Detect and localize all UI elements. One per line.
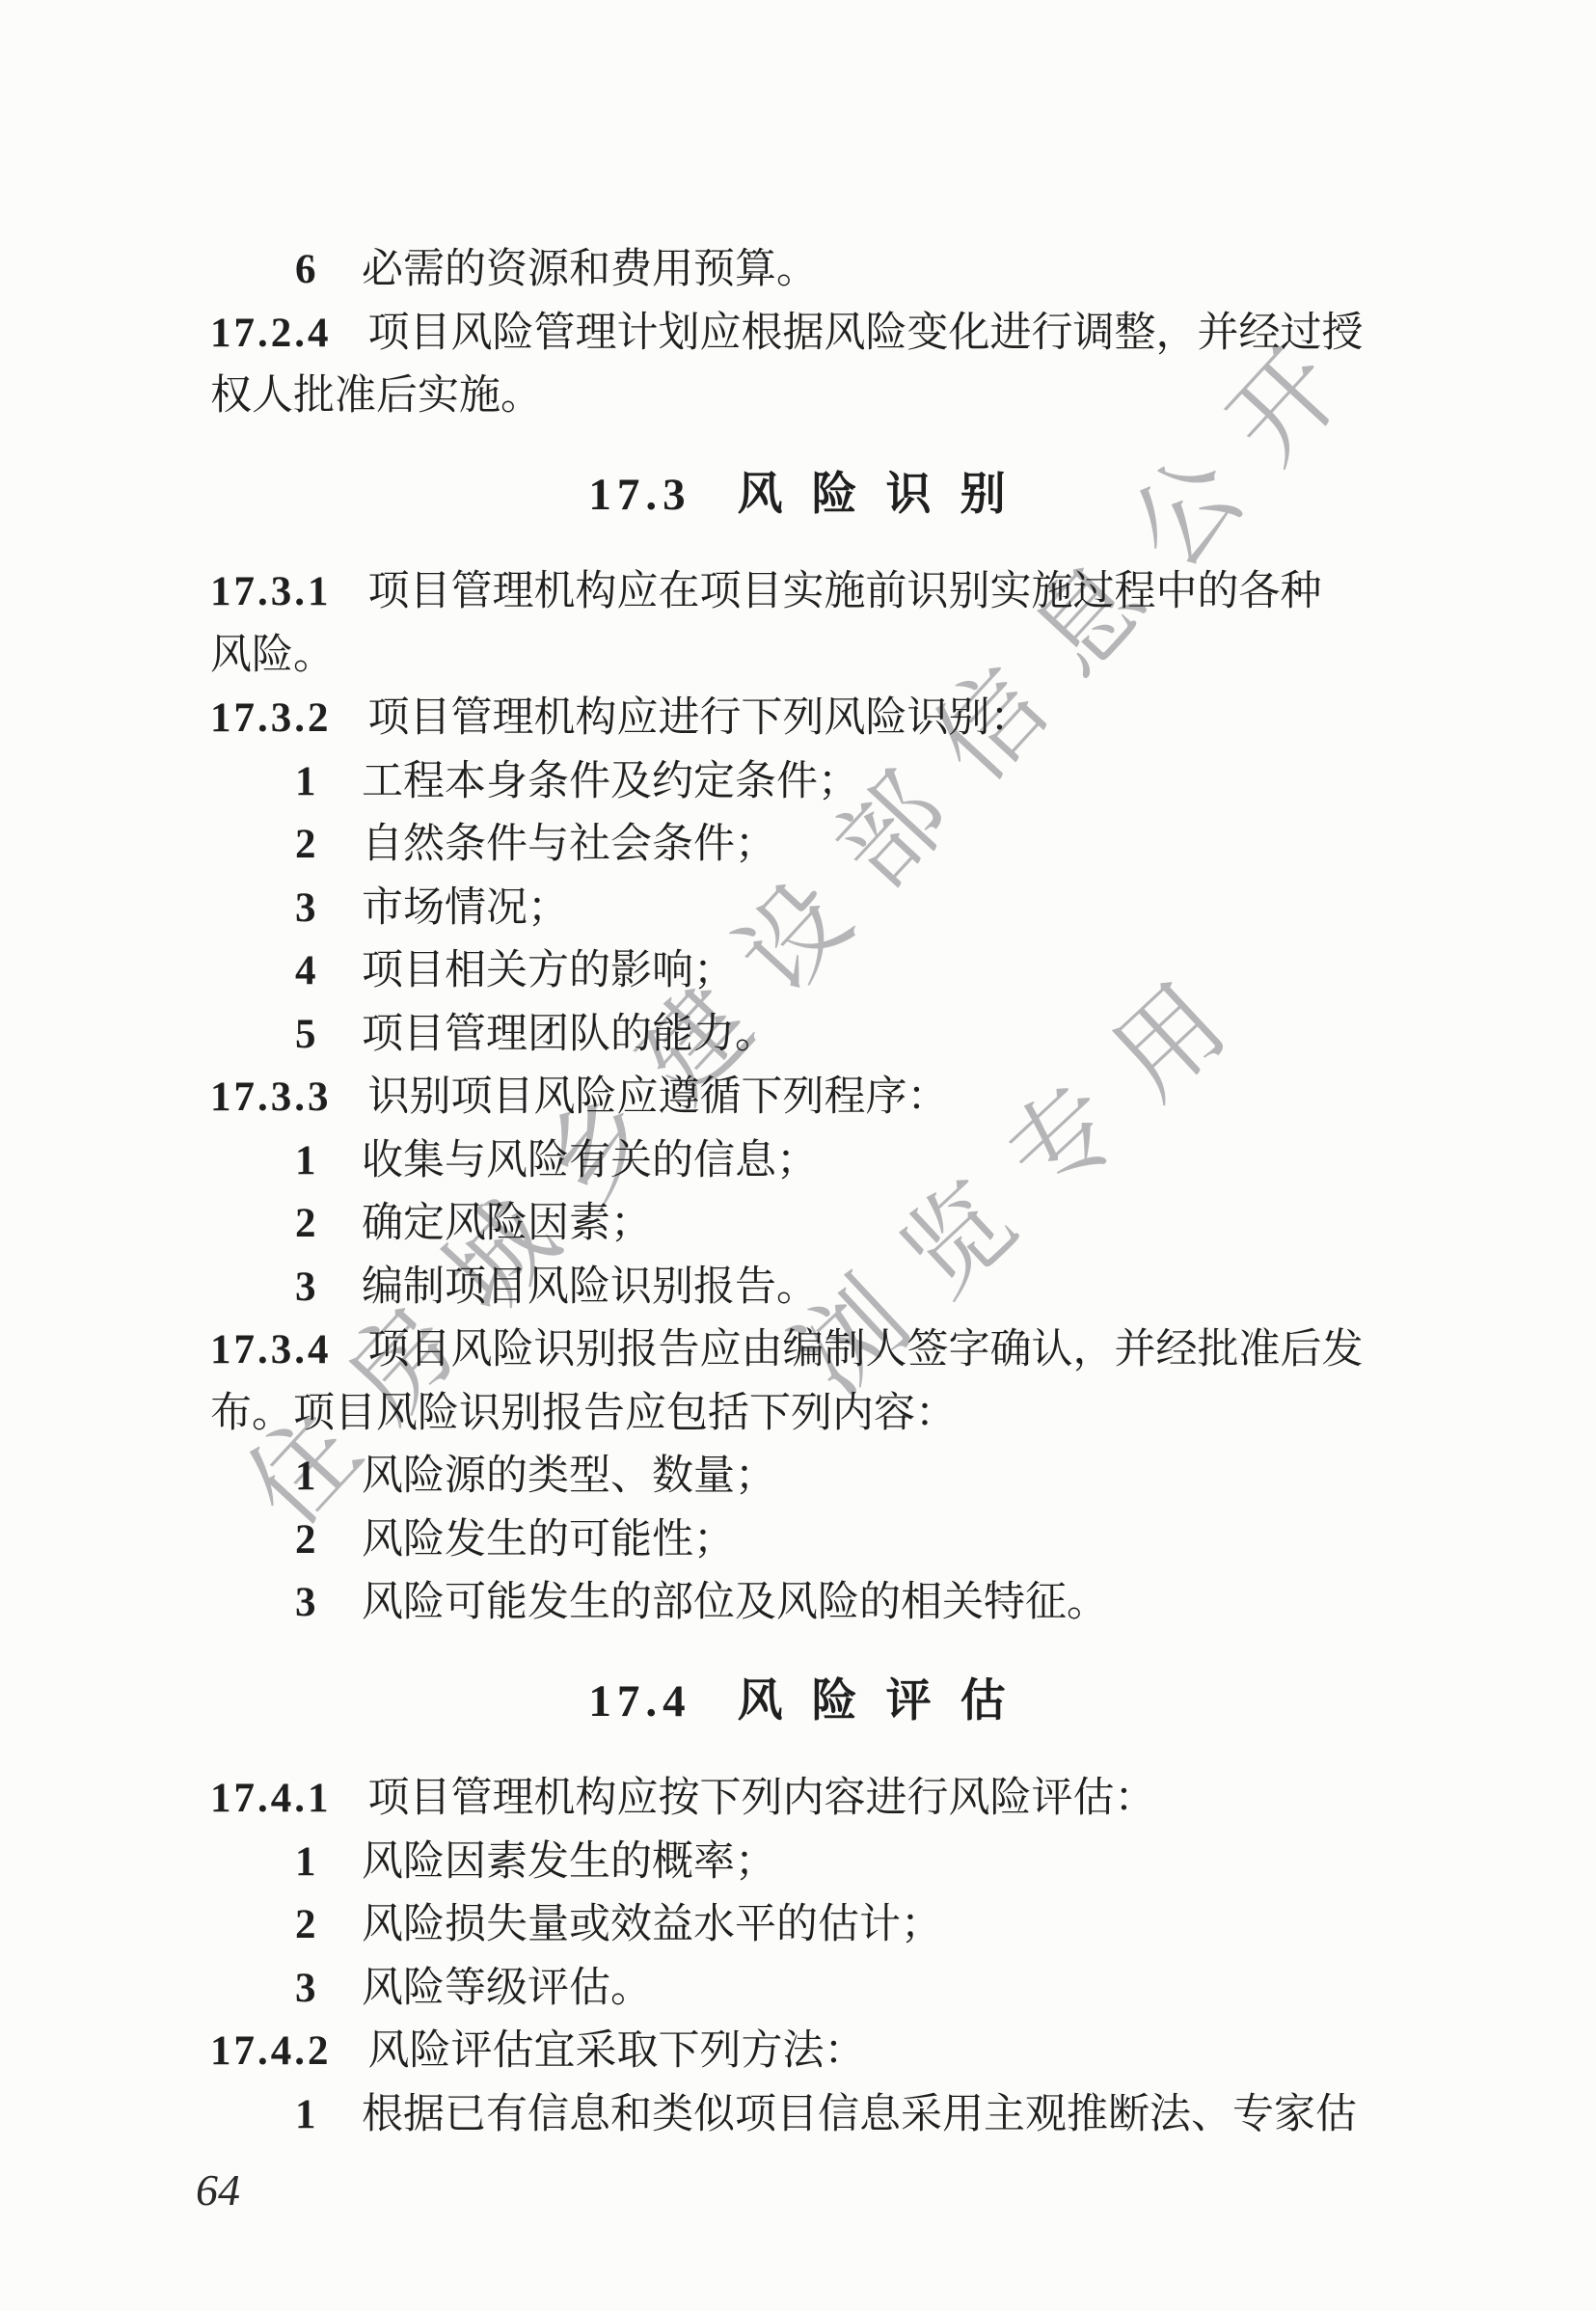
- clause-17-2-4: 17.2.4项目风险管理计划应根据风险变化进行调整，并经过授: [210, 302, 1384, 366]
- page-number: 64: [196, 2159, 240, 2222]
- section-heading-17-3: 17.3风险识别: [210, 464, 1384, 528]
- item-text: 风险因素发生的概率；: [362, 1839, 776, 1885]
- item-number: 1: [295, 2083, 316, 2147]
- clause-text: 项目风险识别报告应由编制人签字确认，并经批准后发: [368, 1327, 1364, 1373]
- item-number: 1: [295, 1445, 316, 1509]
- item-number: 2: [295, 1893, 316, 1957]
- list-item: 3风险等级评估。: [210, 1957, 1384, 2021]
- item-text: 风险源的类型、数量；: [362, 1454, 776, 1499]
- item-text: 项目相关方的影响；: [362, 948, 735, 993]
- item-text: 必需的资源和费用预算。: [362, 247, 818, 292]
- list-item: 1风险源的类型、数量；: [210, 1445, 1384, 1509]
- item-number: 5: [295, 1003, 316, 1067]
- item-number: 3: [295, 1957, 316, 2021]
- item-text: 风险可能发生的部位及风险的相关特征。: [362, 1580, 1108, 1625]
- list-item: 2风险发生的可能性；: [210, 1509, 1384, 1572]
- item-text: 自然条件与社会条件；: [362, 822, 776, 867]
- heading-title: 风险识别: [738, 470, 1035, 520]
- item-number: 2: [295, 813, 316, 877]
- item-number: 1: [295, 750, 316, 814]
- heading-number: 17.4: [588, 1676, 690, 1726]
- clause-number: 17.3.3: [210, 1074, 332, 1120]
- clause-text: 权人批准后实施。: [210, 373, 542, 419]
- heading-number: 17.3: [588, 470, 690, 520]
- item-text: 确定风险因素；: [362, 1201, 652, 1246]
- list-item: 1工程本身条件及约定条件；: [210, 750, 1384, 814]
- list-item: 2自然条件与社会条件；: [210, 813, 1384, 877]
- text-block: 6必需的资源和费用预算。 17.2.4项目风险管理计划应根据风险变化进行调整，并…: [210, 238, 1384, 2146]
- heading-title: 风险评估: [738, 1676, 1035, 1726]
- item-text: 风险等级评估。: [362, 1966, 652, 2011]
- clause-number: 17.2.4: [210, 311, 332, 356]
- list-item: 6必需的资源和费用预算。: [210, 238, 1384, 302]
- clause-text: 布。项目风险识别报告应包括下列内容：: [210, 1391, 957, 1436]
- list-item: 3风险可能发生的部位及风险的相关特征。: [210, 1571, 1384, 1635]
- clause-17-3-3: 17.3.3识别项目风险应遵循下列程序：: [210, 1066, 1384, 1129]
- clause-17-3-2: 17.3.2项目管理机构应进行下列风险识别：: [210, 687, 1384, 750]
- list-item: 4项目相关方的影响；: [210, 939, 1384, 1003]
- item-text: 编制项目风险识别报告。: [362, 1264, 818, 1310]
- item-text: 根据已有信息和类似项目信息采用主观推断法、专家估: [362, 2092, 1357, 2137]
- clause-text: 识别项目风险应遵循下列程序：: [368, 1074, 949, 1120]
- item-number: 4: [295, 939, 316, 1003]
- item-text: 市场情况；: [362, 885, 569, 931]
- list-item: 2风险损失量或效益水平的估计；: [210, 1893, 1384, 1957]
- clause-number: 17.3.4: [210, 1327, 332, 1373]
- clause-number: 17.3.1: [210, 569, 332, 614]
- clause-text: 项目风险管理计划应根据风险变化进行调整，并经过授: [368, 311, 1364, 356]
- item-number: 3: [295, 1256, 316, 1319]
- item-text: 风险发生的可能性；: [362, 1517, 735, 1563]
- clause-number: 17.4.1: [210, 1776, 332, 1821]
- clause-text: 项目管理机构应按下列内容进行风险评估：: [368, 1776, 1156, 1821]
- clause-text: 风险。: [210, 633, 335, 678]
- clause-text: 项目管理机构应进行下列风险识别：: [368, 695, 1032, 741]
- item-number: 2: [295, 1192, 316, 1256]
- item-number: 2: [295, 1509, 316, 1572]
- list-item: 2确定风险因素；: [210, 1192, 1384, 1256]
- clause-text: 项目管理机构应在项目实施前识别实施过程中的各种: [368, 569, 1322, 614]
- clause-17-3-1: 17.3.1项目管理机构应在项目实施前识别实施过程中的各种: [210, 560, 1384, 624]
- list-item: 1根据已有信息和类似项目信息采用主观推断法、专家估: [210, 2083, 1384, 2147]
- clause-continuation: 布。项目风险识别报告应包括下列内容：: [210, 1382, 1384, 1446]
- clause-17-4-2: 17.4.2风险评估宜采取下列方法：: [210, 2020, 1384, 2083]
- list-item: 1风险因素发生的概率；: [210, 1831, 1384, 1894]
- item-number: 6: [295, 238, 316, 302]
- document-page: 住房城乡建设部信息公开 浏览专用 6必需的资源和费用预算。 17.2.4项目风险…: [0, 0, 1596, 2311]
- item-text: 风险损失量或效益水平的估计；: [362, 1902, 942, 1947]
- item-number: 3: [295, 1571, 316, 1635]
- list-item: 3编制项目风险识别报告。: [210, 1256, 1384, 1319]
- item-text: 项目管理团队的能力。: [362, 1012, 776, 1057]
- clause-continuation: 权人批准后实施。: [210, 365, 1384, 428]
- clause-17-4-1: 17.4.1项目管理机构应按下列内容进行风险评估：: [210, 1767, 1384, 1831]
- item-number: 1: [295, 1831, 316, 1894]
- list-item: 1收集与风险有关的信息；: [210, 1129, 1384, 1193]
- list-item: 5项目管理团队的能力。: [210, 1003, 1384, 1067]
- list-item: 3市场情况；: [210, 877, 1384, 940]
- item-text: 收集与风险有关的信息；: [362, 1138, 818, 1183]
- clause-text: 风险评估宜采取下列方法：: [368, 2028, 866, 2074]
- clause-continuation: 风险。: [210, 624, 1384, 688]
- item-number: 1: [295, 1129, 316, 1193]
- clause-17-3-4: 17.3.4项目风险识别报告应由编制人签字确认，并经批准后发: [210, 1319, 1384, 1382]
- item-number: 3: [295, 877, 316, 940]
- section-heading-17-4: 17.4风险评估: [210, 1671, 1384, 1734]
- item-text: 工程本身条件及约定条件；: [362, 759, 859, 804]
- clause-number: 17.3.2: [210, 695, 332, 741]
- clause-number: 17.4.2: [210, 2028, 332, 2074]
